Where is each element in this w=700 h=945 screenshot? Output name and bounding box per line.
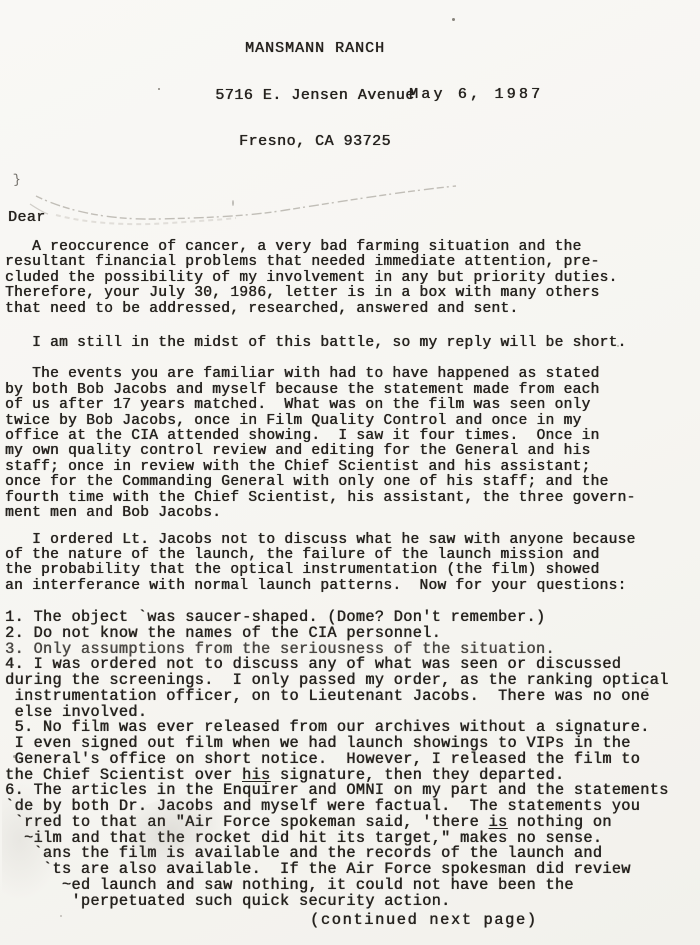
paragraph-order: I ordered Lt. Jacobs not to discuss what… [5, 533, 697, 595]
letter-page: MANSMANN RANCH 5716 E. Jensen Avenue Fre… [0, 0, 700, 945]
letter-line: of us after 17 years matched. What was o… [5, 398, 697, 413]
letter-body: A reoccurence of cancer, a very bad farm… [5, 240, 697, 909]
scan-speck [232, 200, 234, 206]
letter-line: my own quality control review and editin… [5, 444, 697, 459]
letter-line: fourth time with the Chief Scientist, hi… [5, 491, 697, 506]
stray-ink-mark: } [12, 172, 21, 188]
letter-line: twice by Bob Jacobs, once in Film Qualit… [5, 414, 697, 429]
scan-speck [158, 88, 160, 90]
letter-line: the probability that the optical instrum… [5, 563, 697, 578]
answer-line: 3. Only assumptions from the seriousness… [5, 642, 697, 658]
letter-line: resultant financial problems that needed… [5, 255, 697, 270]
answer-line: 'perpetuated such quick security action. [5, 894, 697, 910]
letter-line: staff; once in review with the Chief Sci… [5, 460, 697, 475]
scan-speck [452, 18, 455, 21]
letter-line: I am still in the midst of this battle, … [5, 336, 697, 351]
paragraph-intro: A reoccurence of cancer, a very bad farm… [5, 240, 697, 317]
scan-speck [645, 688, 648, 690]
continuation-note: (continued next page) [310, 911, 538, 929]
answers-list: 1. The object `was saucer-shaped. (Dome?… [5, 610, 697, 909]
letter-line: cluded the possibility of my involvement… [5, 271, 697, 286]
scan-speck [617, 345, 619, 347]
letter-line: by both Bob Jacobs and myself because th… [5, 383, 697, 398]
paragraph-battle: I am still in the midst of this battle, … [5, 336, 697, 351]
letter-line: once for the Commanding General with onl… [5, 475, 697, 490]
letter-line: I ordered Lt. Jacobs not to discuss what… [5, 533, 697, 548]
letterhead-name: MANSMANN RANCH [0, 41, 630, 57]
edge-smudge [2, 780, 62, 900]
salutation: Dear [8, 209, 46, 226]
letter-line: that need to be addressed, researched, a… [5, 302, 697, 317]
letter-line: Therefore, your July 30, 1986, letter is… [5, 286, 697, 301]
letter-line: an interferance with normal launch patte… [5, 579, 697, 594]
date-line: May 6, 1987 [409, 86, 543, 103]
scan-speck [391, 91, 394, 93]
letter-line: The events you are familiar with had to … [5, 367, 697, 382]
letter-line: ment men and Bob Jacobs. [5, 506, 697, 521]
scan-speck [13, 755, 16, 758]
paragraph-events: The events you are familiar with had to … [5, 367, 697, 521]
letter-line: of the nature of the launch, the failure… [5, 548, 697, 563]
erased-name-smudge [28, 182, 463, 230]
letterhead-city: Fresno, CA 93725 [0, 134, 630, 150]
scan-speck [60, 915, 62, 917]
